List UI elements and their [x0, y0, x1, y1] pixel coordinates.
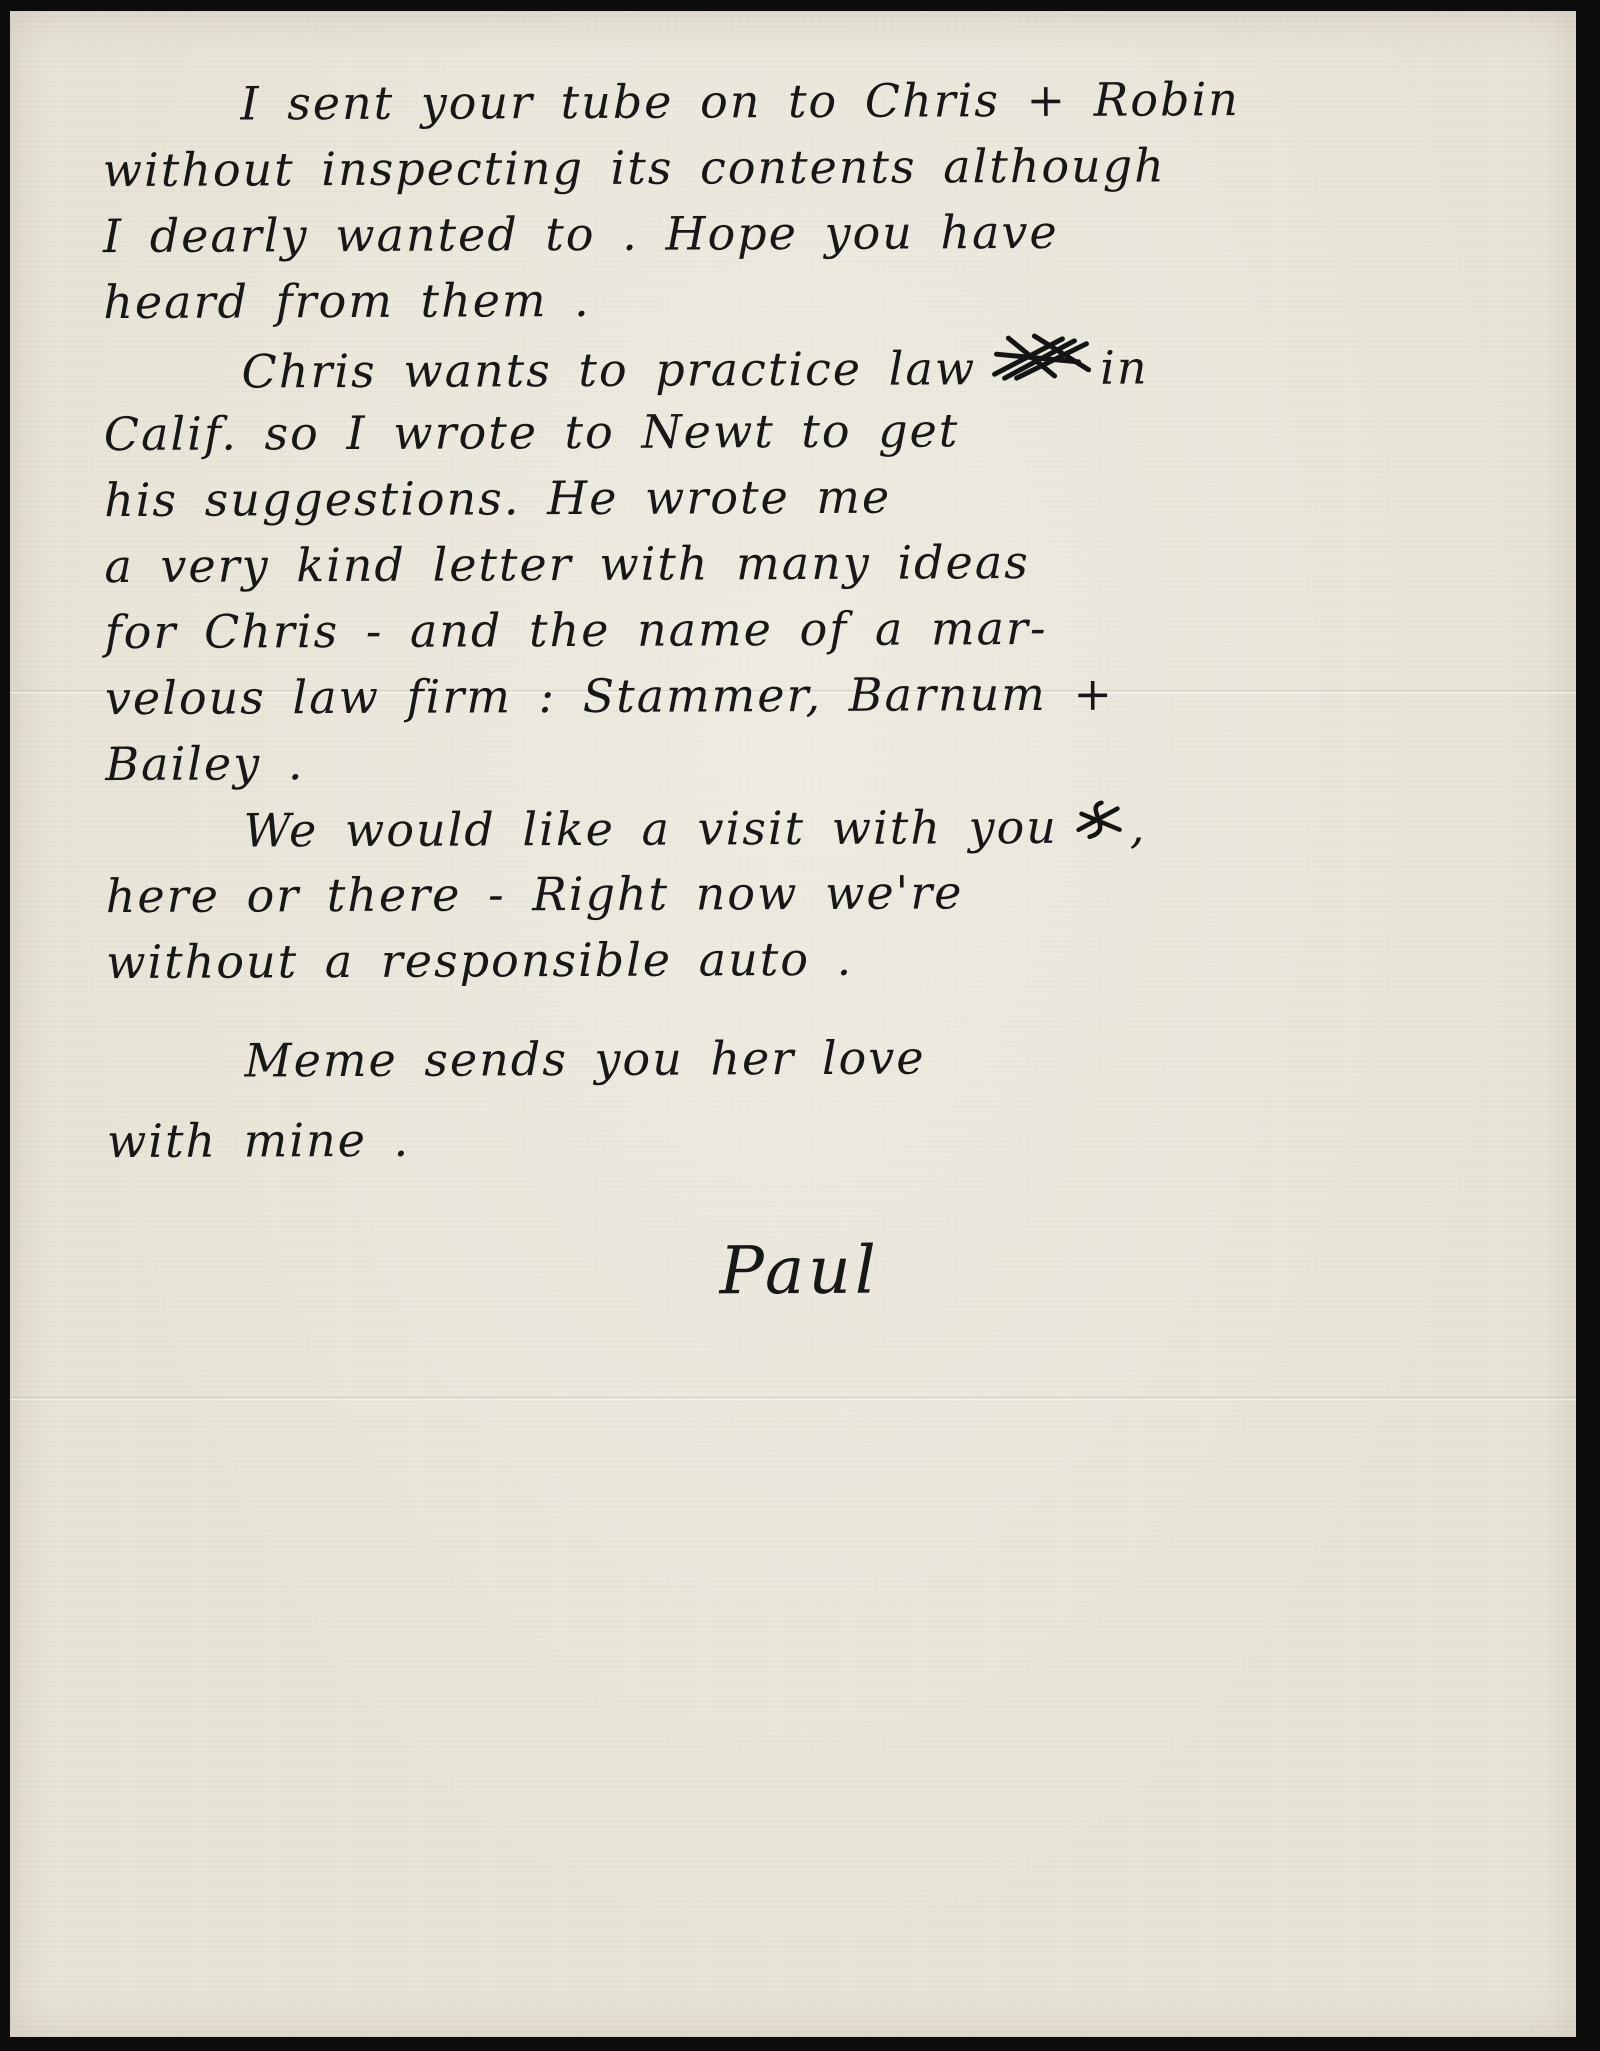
fold-crease-lower	[10, 1397, 1576, 1401]
letter-line: heard from them .	[103, 264, 1514, 336]
scanned-letter-page: I sent your tube on to Chris + Robin wit…	[0, 0, 1600, 2051]
letter-body: I sent your tube on to Chris + Robin wit…	[102, 66, 1518, 1334]
letter-line-text: Chris wants to practice law	[241, 341, 976, 398]
letter-line-text: We would like a visit with you	[243, 800, 1058, 858]
scribbled-out-letter-icon	[1074, 794, 1126, 858]
letter-line: for Chris - and the name of a mar-	[105, 594, 1516, 666]
letter-line: without inspecting its contents although	[103, 132, 1514, 204]
letter-paper: I sent your tube on to Chris + Robin wit…	[10, 11, 1576, 2037]
letter-line-text: ,	[1130, 800, 1147, 854]
letter-line: a very kind letter with many ideas	[104, 528, 1515, 600]
letter-line: We would like a visit with you ,	[105, 792, 1516, 864]
letter-line: without a responsible auto .	[106, 924, 1517, 996]
letter-line: here or there - Right now we're	[106, 858, 1517, 930]
letter-line: with mine .	[107, 1098, 1518, 1186]
letter-line: Bailey .	[105, 726, 1516, 798]
letter-line: velous law firm : Stammer, Barnum +	[105, 660, 1516, 732]
letter-line: Meme sends you her love	[106, 1016, 1517, 1104]
letter-line-text: in	[1100, 341, 1149, 395]
letter-line: his suggestions. He wrote me	[104, 462, 1515, 534]
letter-line: I sent your tube on to Chris + Robin	[102, 66, 1513, 138]
letter-line: I dearly wanted to . Hope you have	[103, 198, 1514, 270]
letter-line: Chris wants to practice law in	[103, 330, 1514, 402]
signature: Paul	[107, 1208, 1519, 1334]
letter-line: Calif. so I wrote to Newt to get	[104, 396, 1515, 468]
scribbled-out-word-icon	[990, 332, 1094, 398]
